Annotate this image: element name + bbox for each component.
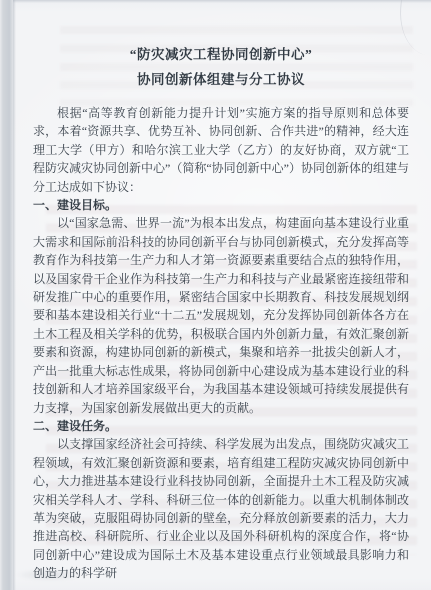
document-body: “防灾减灾工程协同创新中心” 协同创新体组建与分工协议 根据“高等教育创新能力提… bbox=[33, 0, 409, 583]
page-left-edge-shadow bbox=[0, 0, 13, 590]
paragraph-tasks: 以支撑国家经济社会可持续、科学发展为出发点，围绕防灾减灾工程领域，有效汇聚创新资… bbox=[33, 435, 409, 582]
document-text: 根据“高等教育创新能力提升计划”实施方案的指导原则和总体要求，本着“资源共享、优… bbox=[33, 104, 409, 583]
document-title: “防灾减灾工程协同创新中心” 协同创新体组建与分工协议 bbox=[33, 42, 409, 92]
section-heading-tasks: 二、建设任务。 bbox=[33, 417, 409, 435]
section-heading-goals: 一、建设目标。 bbox=[33, 196, 409, 214]
paragraph-preamble: 根据“高等教育创新能力提升计划”实施方案的指导原则和总体要求，本着“资源共享、优… bbox=[33, 104, 409, 196]
page-gutter-line bbox=[13, 0, 16, 590]
document-title-line1: “防灾减灾工程协同创新中心” bbox=[33, 42, 409, 67]
document-title-line2: 协同创新体组建与分工协议 bbox=[33, 67, 409, 92]
paragraph-goals: 以“国家急需、世界一流”为根本出发点，构建面向基本建设行业重大需求和国际前沿科技… bbox=[33, 214, 409, 416]
scanned-document-page: “防灾减灾工程协同创新中心” 协同创新体组建与分工协议 根据“高等教育创新能力提… bbox=[0, 0, 431, 590]
